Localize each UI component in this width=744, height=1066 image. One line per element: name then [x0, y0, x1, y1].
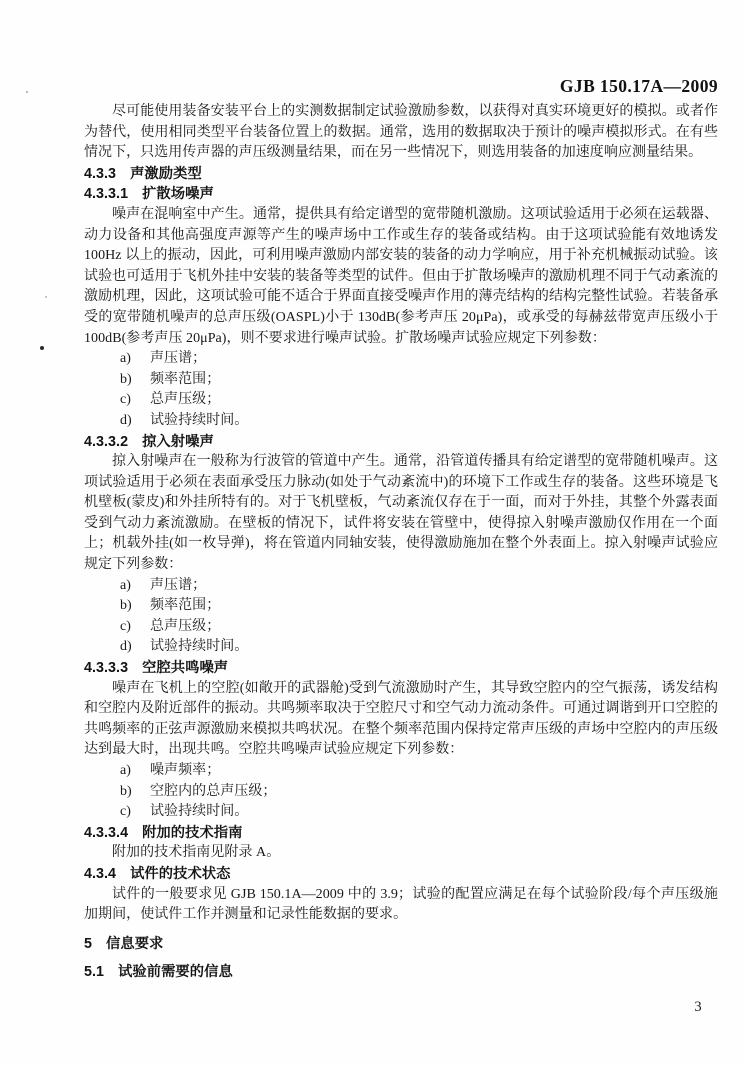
paragraph: 试件的一般要求见 GJB 150.1A—2009 中的 3.9；试验的配置应满足…	[84, 885, 718, 926]
standard-number: GJB 150.17A—2009	[560, 76, 718, 96]
list-item-text: 试验持续时间。	[150, 639, 248, 654]
list-marker: b)	[120, 596, 150, 617]
section-number: 4.3.3	[84, 166, 116, 182]
section-number: 4.3.3.4	[84, 825, 128, 841]
list-item: b)频率范围；	[84, 596, 718, 617]
list-item-text: 噪声频率；	[150, 763, 220, 778]
list-marker: a)	[120, 349, 150, 370]
scan-speck	[45, 296, 47, 298]
section-number: 4.3.3.3	[84, 660, 128, 676]
list-item-text: 声压谱；	[150, 351, 206, 366]
section-heading: 4.3.4试件的技术状态	[84, 864, 718, 885]
parameter-list: a)声压谱；b)频率范围；c)总声压级；d)试验持续时间。	[84, 576, 718, 658]
section-number: 5.1	[84, 964, 104, 980]
list-item: d)试验持续时间。	[84, 411, 718, 432]
paragraph: 附加的技术指南见附录 A。	[84, 843, 718, 864]
list-item-text: 试验持续时间。	[150, 413, 248, 428]
scan-speck	[26, 91, 28, 93]
list-item: a)声压谱；	[84, 349, 718, 370]
list-item: a)噪声频率；	[84, 761, 718, 782]
section-number: 5	[84, 936, 92, 952]
list-item: d)试验持续时间。	[84, 637, 718, 658]
list-marker: a)	[120, 761, 150, 782]
section-title: 试件的技术状态	[130, 866, 230, 882]
list-item-text: 频率范围；	[150, 372, 220, 387]
list-marker: c)	[120, 802, 150, 823]
list-item: c)总声压级；	[84, 390, 718, 411]
section-title: 扩散场噪声	[142, 186, 214, 202]
parameter-list: a)声压谱；b)频率范围；c)总声压级；d)试验持续时间。	[84, 349, 718, 431]
list-item: c)总声压级；	[84, 617, 718, 638]
page-header: GJB 150.17A—2009	[84, 76, 718, 97]
list-item: c)试验持续时间。	[84, 802, 718, 823]
section-heading: 5.1试验前需要的信息	[84, 962, 718, 983]
section-title: 空腔共鸣噪声	[142, 660, 228, 676]
document-body: 尽可能使用装备安装平台上的实测数据制定试验激励参数，以获得对真实环境更好的模拟。…	[84, 102, 718, 983]
list-item-text: 总声压级；	[150, 619, 220, 634]
list-marker: b)	[120, 370, 150, 391]
section-heading: 4.3.3.3空腔共鸣噪声	[84, 658, 718, 679]
section-heading: 5信息要求	[84, 934, 718, 955]
list-marker: d)	[120, 411, 150, 432]
section-heading: 4.3.3.1扩散场噪声	[84, 184, 718, 205]
section-title: 声激励类型	[130, 166, 202, 182]
paragraph: 噪声在飞机上的空腔(如敞开的武器舱)受到气流激励时产生，其导致空腔内的空气振荡，…	[84, 679, 718, 761]
list-item: b)空腔内的总声压级；	[84, 782, 718, 803]
list-marker: d)	[120, 637, 150, 658]
section-title: 掠入射噪声	[142, 434, 214, 450]
list-marker: b)	[120, 782, 150, 803]
paragraph: 尽可能使用装备安装平台上的实测数据制定试验激励参数，以获得对真实环境更好的模拟。…	[84, 102, 718, 164]
section-title: 信息要求	[106, 936, 163, 952]
section-number: 4.3.4	[84, 866, 116, 882]
document-page: GJB 150.17A—2009 尽可能使用装备安装平台上的实测数据制定试验激励…	[0, 0, 744, 1066]
section-number: 4.3.3.1	[84, 186, 128, 202]
list-marker: a)	[120, 576, 150, 597]
section-title: 试验前需要的信息	[118, 964, 233, 980]
list-item-text: 声压谱；	[150, 578, 206, 593]
section-heading: 4.3.3.2掠入射噪声	[84, 432, 718, 453]
section-title: 附加的技术指南	[142, 825, 242, 841]
scan-speck	[40, 346, 44, 350]
parameter-list: a)噪声频率；b)空腔内的总声压级；c)试验持续时间。	[84, 761, 718, 823]
section-number: 4.3.3.2	[84, 434, 128, 450]
list-item-text: 空腔内的总声压级；	[150, 784, 276, 799]
list-item-text: 试验持续时间。	[150, 804, 248, 819]
list-marker: c)	[120, 390, 150, 411]
list-item-text: 总声压级；	[150, 392, 220, 407]
page-number: 3	[688, 999, 708, 1016]
paragraph: 噪声在混响室中产生。通常，提供具有给定谱型的宽带随机激励。这项试验适用于必须在运…	[84, 205, 718, 349]
list-item-text: 频率范围；	[150, 598, 220, 613]
paragraph: 掠入射噪声在一般称为行波管的管道中产生。通常，沿管道传播具有给定谱型的宽带随机噪…	[84, 452, 718, 576]
list-item: b)频率范围；	[84, 370, 718, 391]
section-heading: 4.3.3声激励类型	[84, 164, 718, 185]
list-marker: c)	[120, 617, 150, 638]
section-heading: 4.3.3.4附加的技术指南	[84, 823, 718, 844]
list-item: a)声压谱；	[84, 576, 718, 597]
